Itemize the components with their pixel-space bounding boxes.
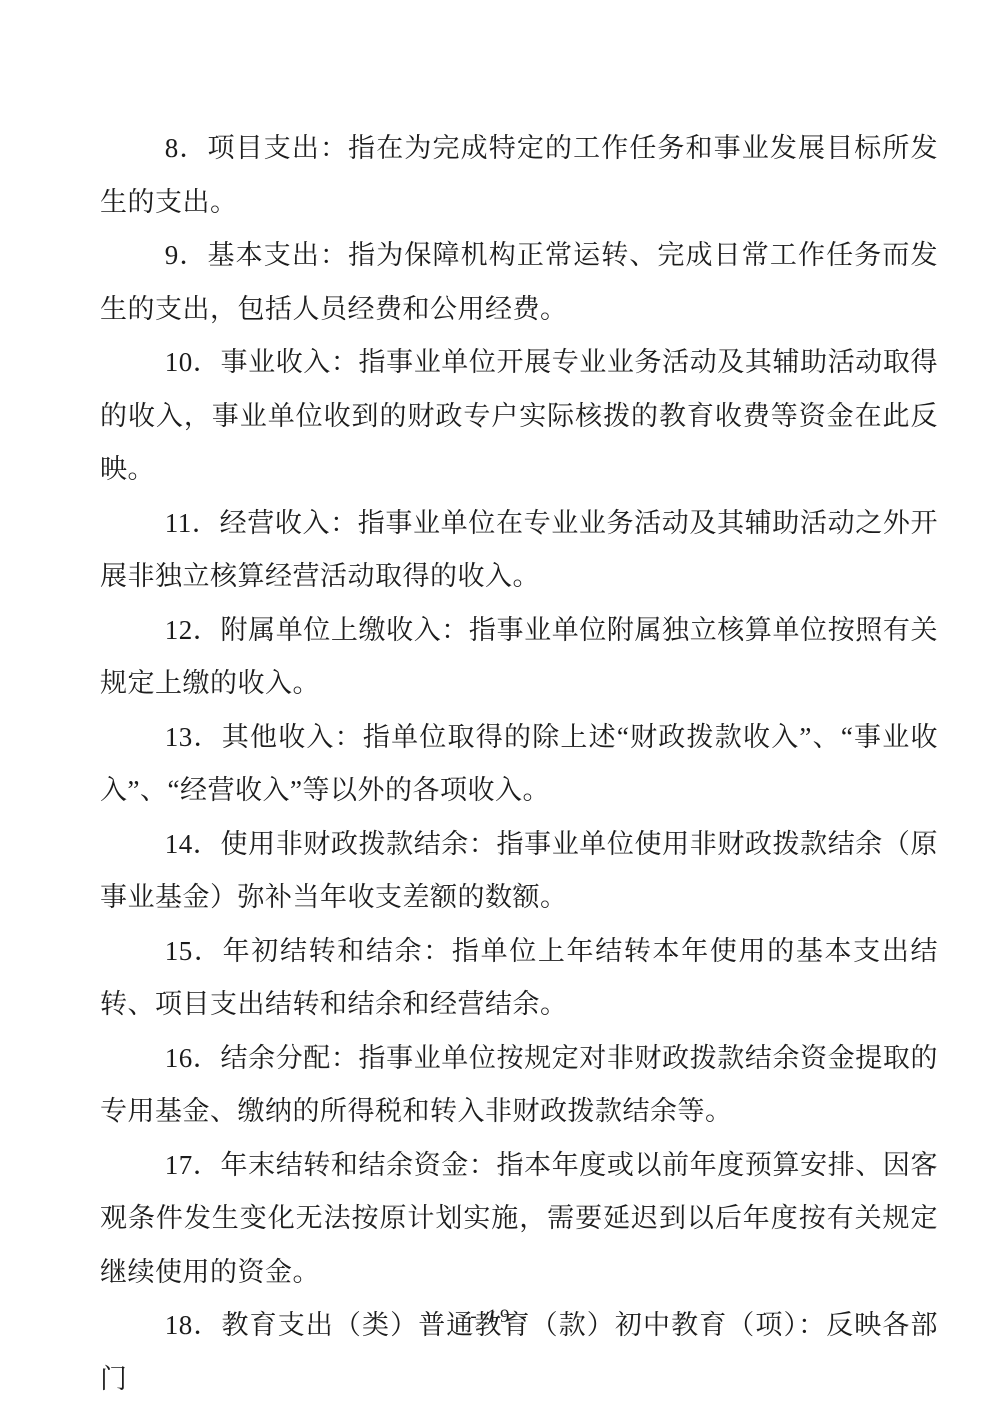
paragraph-item-12: 12．附属单位上缴收入：指事业单位附属独立核算单位按照有关规定上缴的收入。 <box>100 604 938 711</box>
paragraph-item-17: 17．年末结转和结余资金：指本年度或以前年度预算安排、因客观条件发生变化无法按原… <box>100 1139 938 1300</box>
paragraph-item-14: 14．使用非财政拨款结余：指事业单位使用非财政拨款结余（原事业基金）弥补当年收支… <box>100 818 938 925</box>
paragraph-item-9: 9．基本支出：指为保障机构正常运转、完成日常工作任务而发生的支出，包括人员经费和… <box>100 229 938 336</box>
paragraph-item-10: 10．事业收入：指事业单位开展专业业务活动及其辅助活动取得的收入，事业单位收到的… <box>100 336 938 497</box>
paragraph-item-16: 16．结余分配：指事业单位按规定对非财政拨款结余资金提取的专用基金、缴纳的所得税… <box>100 1032 938 1139</box>
document-page: 8．项目支出：指在为完成特定的工作任务和事业发展目标所发生的支出。 9．基本支出… <box>0 0 1000 1414</box>
page-number: - 19 - <box>0 1306 1000 1328</box>
paragraph-item-15: 15．年初结转和结余：指单位上年结转本年使用的基本支出结转、项目支出结转和结余和… <box>100 925 938 1032</box>
paragraph-item-13: 13．其他收入：指单位取得的除上述“财政拨款收入”、“事业收入”、“经营收入”等… <box>100 711 938 818</box>
document-body: 8．项目支出：指在为完成特定的工作任务和事业发展目标所发生的支出。 9．基本支出… <box>100 122 938 1406</box>
paragraph-item-11: 11．经营收入：指事业单位在专业业务活动及其辅助活动之外开展非独立核算经营活动取… <box>100 497 938 604</box>
paragraph-item-8: 8．项目支出：指在为完成特定的工作任务和事业发展目标所发生的支出。 <box>100 122 938 229</box>
